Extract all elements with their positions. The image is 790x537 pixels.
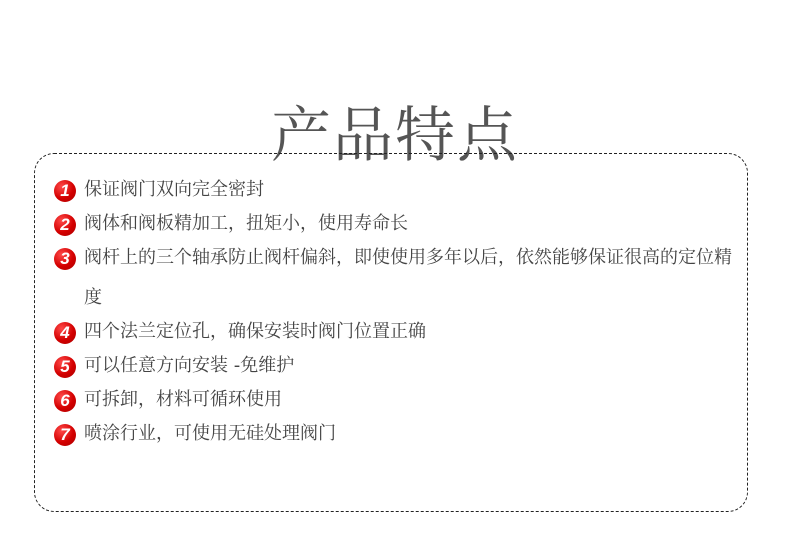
feature-item: 3 阀杆上的三个轴承防止阀杆偏斜，即使使用多年以后，依然能够保证很高的定位精度 (54, 244, 734, 318)
number-badge-icon: 6 (54, 390, 76, 412)
number-badge-icon: 1 (54, 180, 76, 202)
feature-item: 7 喷涂行业，可使用无硅处理阀门 (54, 420, 734, 454)
number-badge-icon: 3 (54, 248, 76, 270)
feature-text: 喷涂行业，可使用无硅处理阀门 (84, 414, 734, 454)
number-badge-icon: 2 (54, 214, 76, 236)
feature-list: 1 保证阀门双向完全密封 2 阀体和阀板精加工，扭矩小，使用寿命长 3 阀杆上的… (54, 176, 734, 454)
number-badge-icon: 4 (54, 322, 76, 344)
number-badge-icon: 5 (54, 356, 76, 378)
feature-text: 阀杆上的三个轴承防止阀杆偏斜，即使使用多年以后，依然能够保证很高的定位精度 (84, 238, 734, 318)
number-badge-icon: 7 (54, 424, 76, 446)
